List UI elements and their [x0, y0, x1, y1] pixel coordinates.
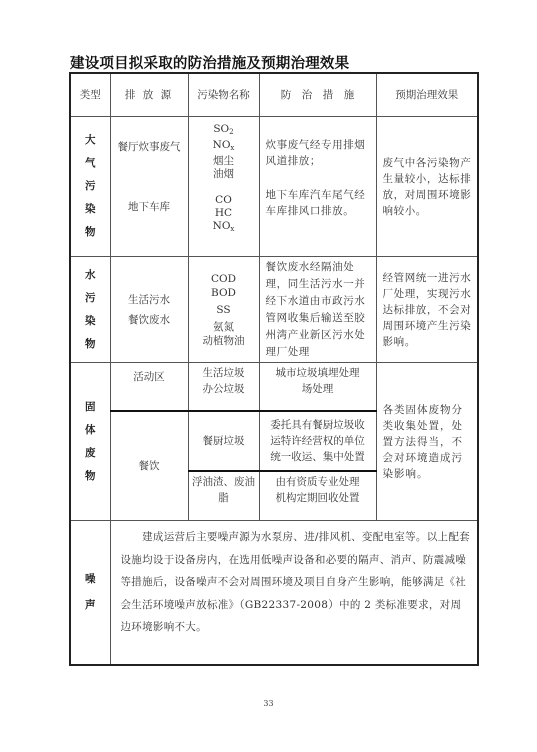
header-type: 类型	[70, 73, 110, 117]
pollutant-hc: HC	[189, 207, 259, 220]
cat-char: 废	[71, 442, 110, 465]
solid-pollutant-activity: 生活垃圾 办公垃圾	[188, 363, 259, 411]
air-source-1: 餐厅炊事废气	[111, 139, 188, 155]
water-pollutant: BOD	[189, 286, 259, 300]
air-row: 大 气 污 染 物 餐厅炊事废气 地下车库 SO2 NOx 烟尘 油烟 CO H…	[70, 117, 478, 257]
solid-pollutant-kitchen: 餐厨垃圾	[188, 411, 259, 471]
solid-pollutant-oil: 浮油渣、废油脂	[188, 471, 259, 521]
air-category: 大 气 污 染 物	[70, 117, 110, 257]
air-effect: 废气中各污染物产生量较小，达标排放，对周围环境影响较小。	[376, 117, 478, 257]
pollutant-dust: 烟尘	[189, 155, 259, 168]
solid-pollutant: 生活垃圾	[189, 365, 259, 381]
pollutant-so2: SO2	[189, 123, 259, 139]
water-pollutant: SS	[189, 303, 259, 317]
pollutant-co: CO	[189, 194, 259, 207]
noise-description: 建成运营后主要噪声源为水泵房、进/排风机、变配电室等。以上配套设施均设于设备房内…	[110, 521, 478, 665]
solid-measure-oil: 由有资质专业处理机构定期回收处置	[259, 471, 376, 521]
solid-source-catering: 餐饮	[110, 411, 188, 521]
cat-char: 染	[71, 310, 110, 333]
air-measure-2: 地下车库汽车尾气经车库排风口排放。	[266, 187, 372, 219]
water-category: 水 污 染 物	[70, 257, 110, 363]
water-pollutant: 氨氮	[189, 320, 259, 334]
cat-char: 物	[71, 221, 110, 244]
header-pollutant: 污染物名称	[188, 73, 259, 117]
page-title: 建设项目拟采取的防治措施及预期治理效果	[70, 52, 349, 73]
water-sources: 生活污水 餐饮废水	[110, 257, 188, 363]
water-pollutant: COD	[189, 272, 259, 286]
cat-char: 污	[71, 287, 110, 310]
noise-row: 噪 声 建成运营后主要噪声源为水泵房、进/排风机、变配电室等。以上配套设施均设于…	[70, 521, 478, 665]
noise-category: 噪 声	[70, 521, 110, 665]
solid-effect: 各类固体废物分类收集处置，处置方法得当，不会对环境造成污染影响。	[376, 363, 478, 521]
header-source: 排 放 源	[110, 73, 188, 117]
cat-char: 体	[71, 419, 110, 442]
cat-char: 大	[71, 129, 110, 152]
cat-char: 物	[71, 465, 110, 488]
cat-char: 物	[71, 333, 110, 356]
cat-char: 声	[71, 592, 110, 618]
cat-char: 水	[71, 264, 110, 287]
solid-measure-kitchen: 委托具有餐厨垃圾收运特许经营权的单位统一收运、集中处置	[259, 411, 376, 471]
water-pollutant: 动植物油	[189, 334, 259, 348]
water-effect: 经管网统一进污水厂处理，实现污水达标排放，不会对周围环境产生污染影响。	[376, 257, 478, 363]
cat-char: 染	[71, 198, 110, 221]
solid-measure-activity: 城市垃圾填埋处理场处理	[259, 363, 376, 411]
cat-char: 污	[71, 175, 110, 198]
air-sources: 餐厅炊事废气 地下车库	[110, 117, 188, 257]
air-source-2: 地下车库	[111, 199, 188, 215]
header-measure: 防 治 措 施	[259, 73, 376, 117]
water-source: 餐饮废水	[111, 310, 188, 330]
cat-char: 气	[71, 152, 110, 175]
air-pollutants: SO2 NOx 烟尘 油烟 CO HC NOx	[188, 117, 259, 257]
air-measure-1: 炊事废气经专用排烟风道排放；	[266, 137, 372, 169]
water-pollutants: COD BOD SS 氨氮 动植物油	[188, 257, 259, 363]
cat-char: 噪	[71, 566, 110, 592]
cat-char: 固	[71, 396, 110, 419]
solid-row-1: 固 体 废 物 活动区 生活垃圾 办公垃圾 城市垃圾填埋处理场处理 各类固体废物…	[70, 363, 478, 411]
page-number: 33	[0, 699, 537, 708]
pollutant-nox-2: NOx	[189, 220, 259, 236]
water-measure: 餐饮废水经隔油处理，同生活污水一并经下水道由市政污水管网收集后输送至胶州湾产业新…	[259, 257, 376, 363]
water-row: 水 污 染 物 生活污水 餐饮废水 COD BOD SS 氨氮 动植物油 餐饮废…	[70, 257, 478, 363]
pollutant-oil-smoke: 油烟	[189, 168, 259, 181]
solid-source-activity: 活动区	[110, 363, 188, 411]
solid-pollutant: 办公垃圾	[189, 381, 259, 397]
measures-table: 类型 排 放 源 污染物名称 防 治 措 施 预期治理效果 大 气 污 染 物 …	[69, 72, 479, 666]
solid-category: 固 体 废 物	[70, 363, 110, 521]
water-source: 生活污水	[111, 290, 188, 310]
air-measures: 炊事废气经专用排烟风道排放； 地下车库汽车尾气经车库排风口排放。	[259, 117, 376, 257]
header-row: 类型 排 放 源 污染物名称 防 治 措 施 预期治理效果	[70, 73, 478, 117]
pollutant-nox: NOx	[189, 139, 259, 155]
header-effect: 预期治理效果	[376, 73, 478, 117]
